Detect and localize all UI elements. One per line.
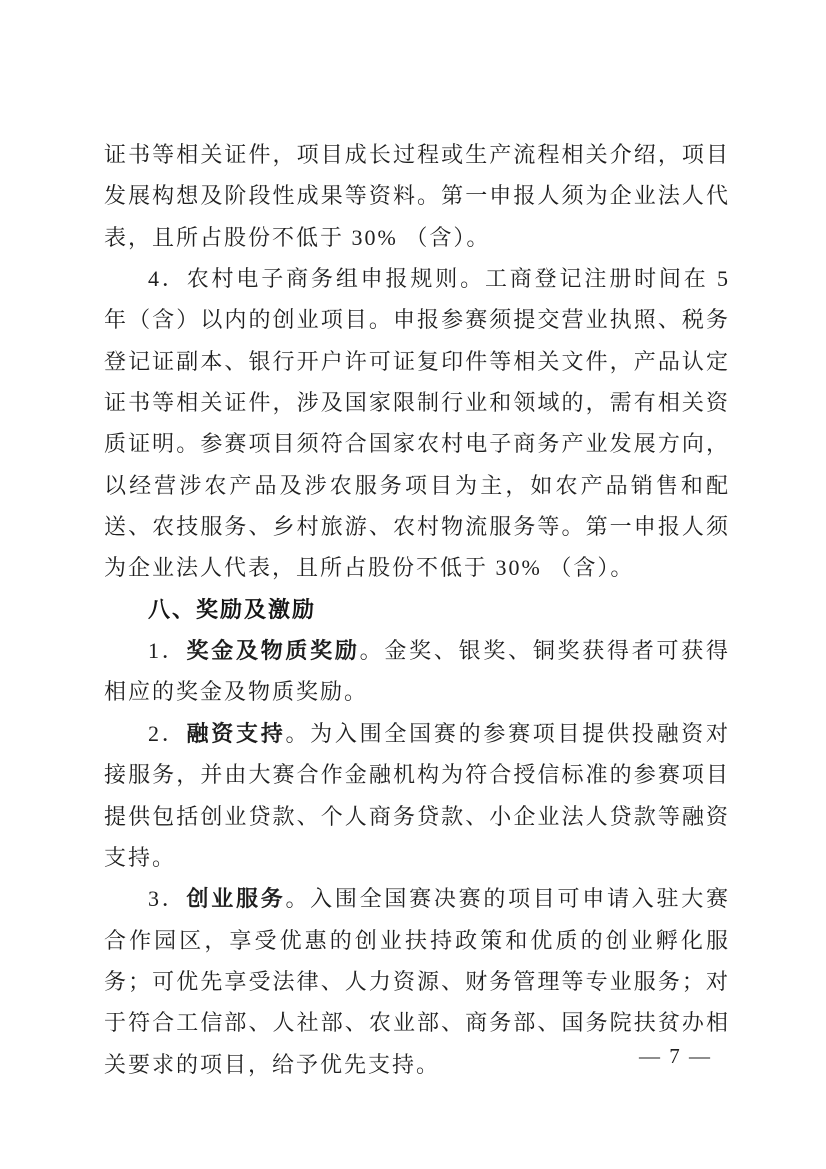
item-2-lead: 融资支持	[186, 721, 285, 746]
item-1-lead: 奖金及物质奖励	[186, 638, 359, 663]
paragraph-item-4: 4．农村电子商务组申报规则。工商登记注册时间在 5 年（含）以内的创业项目。申报…	[104, 258, 730, 589]
item-3-lead: 创业服务	[186, 886, 285, 911]
item-2-number: 2．	[148, 721, 186, 746]
paragraph-item-2: 2．融资支持。为入围全国赛的参赛项目提供投融资对接服务，并由大赛合作金融机构为符…	[104, 713, 730, 878]
item-1-number: 1．	[148, 638, 186, 663]
page-number: — 7 —	[639, 1044, 712, 1069]
paragraph-item-3: 3．创业服务。入围全国赛决赛的项目可申请入驻大赛合作园区，享受优惠的创业扶持政策…	[104, 878, 730, 1085]
section-heading-rewards: 八、奖励及激励	[104, 589, 730, 630]
text-block: 证书等相关证件，项目成长过程或生产流程相关介绍，项目发展构想及阶段性成果等资料。…	[104, 134, 730, 1085]
item-3-number: 3．	[148, 886, 186, 911]
paragraph-continuation: 证书等相关证件，项目成长过程或生产流程相关介绍，项目发展构想及阶段性成果等资料。…	[104, 134, 730, 258]
paragraph-item-1: 1．奖金及物质奖励。金奖、银奖、铜奖获得者可获得相应的奖金及物质奖励。	[104, 630, 730, 713]
document-page: 证书等相关证件，项目成长过程或生产流程相关介绍，项目发展构想及阶段性成果等资料。…	[0, 0, 826, 1169]
item-3-text: 。入围全国赛决赛的项目可申请入驻大赛合作园区，享受优惠的创业扶持政策和优质的创业…	[104, 886, 730, 1076]
